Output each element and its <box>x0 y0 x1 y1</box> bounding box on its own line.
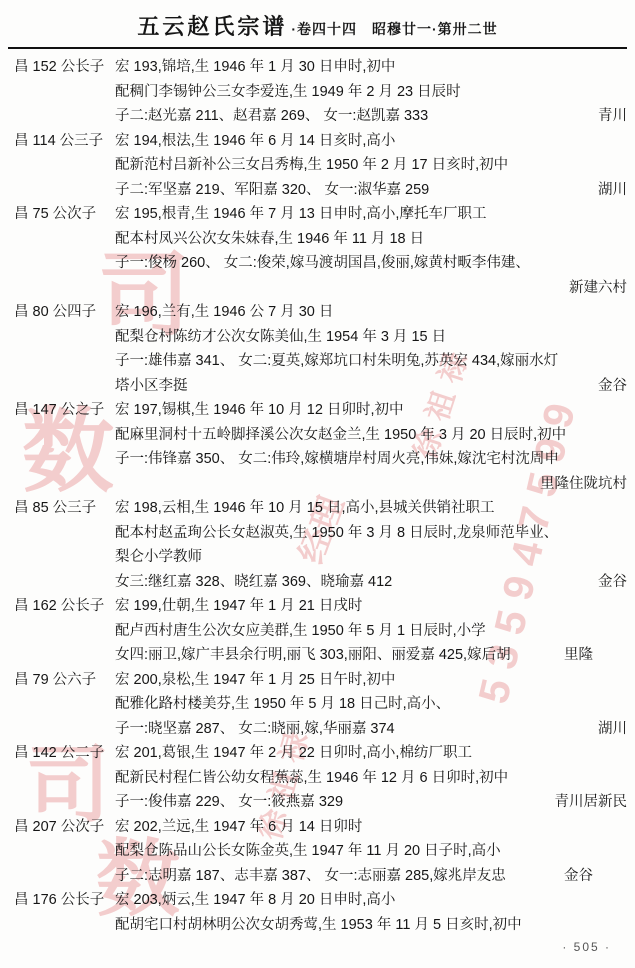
entry-line-text: 子一:俊伟嘉 229、 女一:筱燕嘉 329 <box>115 790 547 815</box>
entry-line: 子一:雄伟嘉 341、 女二:夏英,嫁郑坑口村朱明兔,苏英宏 434,嫁丽水灯 <box>115 349 627 374</box>
entry-label: 昌 75 公次子 <box>14 202 115 227</box>
entry-place: 里隆 <box>564 643 593 668</box>
entry-place: 青川居新民 <box>555 790 628 815</box>
entry-line-text: 配梨仓陈品山公长女陈金英,生 1947 年 11 月 20 日子时,高小 <box>115 839 627 864</box>
entry-line: 配卢西村唐生公次女应美群,生 1950 年 5 月 1 日辰时,小学 <box>115 619 627 644</box>
genealogy-entry: 昌 79 公六子宏 200,泉松,生 1947 年 1 月 25 日午时,初中配… <box>14 668 627 742</box>
entry-line: 子一:俊伟嘉 229、 女一:筱燕嘉 329青川居新民 <box>115 790 627 815</box>
entry-line-text: 宏 200,泉松,生 1947 年 1 月 25 日午时,初中 <box>115 668 627 693</box>
entry-label: 昌 80 公四子 <box>14 300 115 325</box>
entry-line: 配胡宅口村胡林明公次女胡秀莺,生 1953 年 11 月 5 日亥时,初中 <box>115 913 627 938</box>
entry-body: 宏 202,兰远,生 1947 年 6 月 14 日卯时配梨仓陈品山公长女陈金英… <box>115 815 627 889</box>
entry-line-text: 子二:志明嘉 187、志丰嘉 387、 女一:志丽嘉 285,嫁兆岸友忠 <box>115 864 556 889</box>
entry-line-text: 女三:继红嘉 328、晓红嘉 369、晓瑜嘉 412 <box>115 570 590 595</box>
entry-label: 昌 162 公长子 <box>14 594 115 619</box>
entry-line: 配雅化路村楼美芬,生 1950 年 5 月 18 日己时,高小、 <box>115 692 627 717</box>
genealogy-entry: 昌 207 公次子宏 202,兰远,生 1947 年 6 月 14 日卯时配梨仓… <box>14 815 627 889</box>
entry-line-text: 配稠门李锡钟公三女李爱连,生 1949 年 2 月 23 日辰时 <box>115 80 627 105</box>
entry-place: 里隆住陇坑村 <box>540 472 627 497</box>
entry-line-text: 子一:雄伟嘉 341、 女二:夏英,嫁郑坑口村朱明兔,苏英宏 434,嫁丽水灯 <box>115 349 627 374</box>
entry-line-text: 子二:赵光嘉 211、赵君嘉 269、 女一:赵凯嘉 333 <box>115 104 590 129</box>
genealogy-entry: 昌 152 公长子宏 193,锦培,生 1946 年 1 月 30 日申时,初中… <box>14 55 627 129</box>
entry-line: 宏 193,锦培,生 1946 年 1 月 30 日申时,初中 <box>115 55 627 80</box>
entry-line-text: 宏 201,葛银,生 1947 年 2 月 22 日卯时,高小,棉纺厂职工 <box>115 741 627 766</box>
entry-body: 宏 194,根法,生 1946 年 6 月 14 日亥时,高小配新范村吕新补公三… <box>115 129 627 203</box>
entry-line: 宏 199,仕朝,生 1947 年 1 月 21 日戌时 <box>115 594 627 619</box>
entry-line: 配本村赵孟珣公长女赵淑英,生 1950 年 3 月 8 日辰时,龙泉师范毕业、 <box>115 521 627 546</box>
entry-line-text: 配雅化路村楼美芬,生 1950 年 5 月 18 日己时,高小、 <box>115 692 627 717</box>
entry-line: 配麻里洞村十五岭脚择溪公次女赵金兰,生 1950 年 3 月 20 日辰时,初中 <box>115 423 627 448</box>
entry-label: 昌 147 公之子 <box>14 398 115 423</box>
genealogy-entry: 昌 80 公四子宏 196,兰有,生 1946 公 7 月 30 日配梨仓村陈纺… <box>14 300 627 398</box>
entry-line: 梨仑小学教师 <box>115 545 627 570</box>
entry-line: 宏 198,云相,生 1946 年 10 月 15 日,高小,县城关供销社职工 <box>115 496 627 521</box>
entry-place: 湖川 <box>598 178 627 203</box>
entry-label: 昌 152 公长子 <box>14 55 115 80</box>
page-title: 五云赵氏宗谱 <box>137 14 287 39</box>
entry-line-text: 宏 202,兰远,生 1947 年 6 月 14 日卯时 <box>115 815 627 840</box>
entry-line-text: 配新民村程仁皆公幼女程蕉蕊,生 1946 年 12 月 6 日卯时,初中 <box>115 766 627 791</box>
entry-line: 子二:军坚嘉 219、军阳嘉 320、 女一:淑华嘉 259湖川 <box>115 178 627 203</box>
entry-line-text: 女四:丽卫,嫁广丰县余行明,丽飞 303,丽阳、丽爱嘉 425,嫁后胡 <box>115 643 556 668</box>
entry-line: 女四:丽卫,嫁广丰县余行明,丽飞 303,丽阳、丽爱嘉 425,嫁后胡里隆 <box>115 643 627 668</box>
entry-line-text: 配胡宅口村胡林明公次女胡秀莺,生 1953 年 11 月 5 日亥时,初中 <box>115 913 627 938</box>
genealogy-entry: 昌 176 公长子宏 203,炳云,生 1947 年 8 月 20 日申时,高小… <box>14 888 627 937</box>
entry-label: 昌 114 公三子 <box>14 129 115 154</box>
entry-line: 配梨仓陈品山公长女陈金英,生 1947 年 11 月 20 日子时,高小 <box>115 839 627 864</box>
entry-label: 昌 79 公六子 <box>14 668 115 693</box>
page-header: 五云赵氏宗谱·卷四十四 昭穆廿一·第卅二世 <box>0 0 635 41</box>
entry-line-text: 宏 198,云相,生 1946 年 10 月 15 日,高小,县城关供销社职工 <box>115 496 627 521</box>
entry-line-text: 子一:晓坚嘉 287、 女二:晓丽,嫁,华丽嘉 374 <box>115 717 590 742</box>
entry-line: 子一:俊杨 260、 女二:俊荣,嫁马渡胡国昌,俊丽,嫁黄村畈李伟建、 <box>115 251 627 276</box>
genealogy-entry: 昌 147 公之子宏 197,锡棋,生 1946 年 10 月 12 日卯时,初… <box>14 398 627 496</box>
entry-line: 子一:晓坚嘉 287、 女二:晓丽,嫁,华丽嘉 374湖川 <box>115 717 627 742</box>
entry-body: 宏 198,云相,生 1946 年 10 月 15 日,高小,县城关供销社职工配… <box>115 496 627 594</box>
entry-line: 宏 195,根青,生 1946 年 7 月 13 日申时,高小,摩托车厂职工 <box>115 202 627 227</box>
entry-line-text: 子二:军坚嘉 219、军阳嘉 320、 女一:淑华嘉 259 <box>115 178 590 203</box>
entry-body: 宏 196,兰有,生 1946 公 7 月 30 日配梨仓村陈纺才公次女陈美仙,… <box>115 300 627 398</box>
genealogy-entry: 昌 85 公三子宏 198,云相,生 1946 年 10 月 15 日,高小,县… <box>14 496 627 594</box>
entry-line-text: 宏 193,锦培,生 1946 年 1 月 30 日申时,初中 <box>115 55 627 80</box>
entry-line-text: 配本村赵孟珣公长女赵淑英,生 1950 年 3 月 8 日辰时,龙泉师范毕业、 <box>115 521 627 546</box>
entry-label: 昌 207 公次子 <box>14 815 115 840</box>
entry-line-text: 宏 199,仕朝,生 1947 年 1 月 21 日戌时 <box>115 594 627 619</box>
entry-line-text: 配本村凤兴公次女朱妹春,生 1946 年 11 月 18 日 <box>115 227 627 252</box>
entry-place: 湖川 <box>598 717 627 742</box>
entry-body: 宏 200,泉松,生 1947 年 1 月 25 日午时,初中配雅化路村楼美芬,… <box>115 668 627 742</box>
entry-line-text: 子一:伟锋嘉 350、 女二:伟玲,嫁横塘岸村周火亮,伟妹,嫁沈宅村沈周申 <box>115 447 627 472</box>
entry-line-text: 子一:俊杨 260、 女二:俊荣,嫁马渡胡国昌,俊丽,嫁黄村畈李伟建、 <box>115 251 627 276</box>
entry-label: 昌 176 公长子 <box>14 888 115 913</box>
page-subtitle: ·卷四十四 昭穆廿一·第卅二世 <box>291 21 497 37</box>
entry-line: 配本村凤兴公次女朱妹春,生 1946 年 11 月 18 日 <box>115 227 627 252</box>
entry-line: 子二:志明嘉 187、志丰嘉 387、 女一:志丽嘉 285,嫁兆岸友忠金谷 <box>115 864 627 889</box>
entry-place: 新建六村 <box>569 276 627 301</box>
genealogy-entry: 昌 75 公次子宏 195,根青,生 1946 年 7 月 13 日申时,高小,… <box>14 202 627 300</box>
page-number: · 505 · <box>562 940 611 954</box>
entry-body: 宏 197,锡棋,生 1946 年 10 月 12 日卯时,初中配麻里洞村十五岭… <box>115 398 627 496</box>
entry-line-text: 配梨仓村陈纺才公次女陈美仙,生 1954 年 3 月 15 日 <box>115 325 627 350</box>
entry-line-text: 宏 196,兰有,生 1946 公 7 月 30 日 <box>115 300 627 325</box>
entry-line: 宏 196,兰有,生 1946 公 7 月 30 日 <box>115 300 627 325</box>
entry-label: 昌 85 公三子 <box>14 496 115 521</box>
entry-line: 宏 194,根法,生 1946 年 6 月 14 日亥时,高小 <box>115 129 627 154</box>
entry-label: 昌 142 公二子 <box>14 741 115 766</box>
entry-line: 宏 202,兰远,生 1947 年 6 月 14 日卯时 <box>115 815 627 840</box>
entry-line-text: 配麻里洞村十五岭脚择溪公次女赵金兰,生 1950 年 3 月 20 日辰时,初中 <box>115 423 627 448</box>
entry-place: 金谷 <box>598 374 627 399</box>
entry-line-text: 塔小区李挺 <box>115 374 590 399</box>
genealogy-page: 司数经理徐祖禄535947599徐祖禄司数 五云赵氏宗谱·卷四十四 昭穆廿一·第… <box>0 0 635 968</box>
entry-line: 配新范村吕新补公三女吕秀梅,生 1950 年 2 月 17 日亥时,初中 <box>115 153 627 178</box>
entry-body: 宏 201,葛银,生 1947 年 2 月 22 日卯时,高小,棉纺厂职工配新民… <box>115 741 627 815</box>
genealogy-entry: 昌 114 公三子宏 194,根法,生 1946 年 6 月 14 日亥时,高小… <box>14 129 627 203</box>
entry-line: 里隆住陇坑村 <box>115 472 627 497</box>
entry-line-text: 梨仑小学教师 <box>115 545 627 570</box>
entry-line-text: 宏 195,根青,生 1946 年 7 月 13 日申时,高小,摩托车厂职工 <box>115 202 627 227</box>
entry-line: 配梨仓村陈纺才公次女陈美仙,生 1954 年 3 月 15 日 <box>115 325 627 350</box>
entries-container: 昌 152 公长子宏 193,锦培,生 1946 年 1 月 30 日申时,初中… <box>0 49 635 937</box>
entry-line: 子一:伟锋嘉 350、 女二:伟玲,嫁横塘岸村周火亮,伟妹,嫁沈宅村沈周申 <box>115 447 627 472</box>
entry-line-text: 配卢西村唐生公次女应美群,生 1950 年 5 月 1 日辰时,小学 <box>115 619 627 644</box>
entry-line: 宏 203,炳云,生 1947 年 8 月 20 日申时,高小 <box>115 888 627 913</box>
entry-line: 子二:赵光嘉 211、赵君嘉 269、 女一:赵凯嘉 333青川 <box>115 104 627 129</box>
entry-line-text: 宏 203,炳云,生 1947 年 8 月 20 日申时,高小 <box>115 888 627 913</box>
entry-place: 金谷 <box>598 570 627 595</box>
genealogy-entry: 昌 142 公二子宏 201,葛银,生 1947 年 2 月 22 日卯时,高小… <box>14 741 627 815</box>
entry-place: 青川 <box>598 104 627 129</box>
entry-line: 新建六村 <box>115 276 627 301</box>
entry-body: 宏 203,炳云,生 1947 年 8 月 20 日申时,高小配胡宅口村胡林明公… <box>115 888 627 937</box>
entry-line-text: 宏 194,根法,生 1946 年 6 月 14 日亥时,高小 <box>115 129 627 154</box>
entry-line-text: 配新范村吕新补公三女吕秀梅,生 1950 年 2 月 17 日亥时,初中 <box>115 153 627 178</box>
entry-line: 宏 200,泉松,生 1947 年 1 月 25 日午时,初中 <box>115 668 627 693</box>
genealogy-entry: 昌 162 公长子宏 199,仕朝,生 1947 年 1 月 21 日戌时配卢西… <box>14 594 627 668</box>
entry-place: 金谷 <box>564 864 593 889</box>
entry-body: 宏 193,锦培,生 1946 年 1 月 30 日申时,初中配稠门李锡钟公三女… <box>115 55 627 129</box>
entry-body: 宏 195,根青,生 1946 年 7 月 13 日申时,高小,摩托车厂职工配本… <box>115 202 627 300</box>
entry-line: 宏 201,葛银,生 1947 年 2 月 22 日卯时,高小,棉纺厂职工 <box>115 741 627 766</box>
entry-line: 配稠门李锡钟公三女李爱连,生 1949 年 2 月 23 日辰时 <box>115 80 627 105</box>
entry-line: 女三:继红嘉 328、晓红嘉 369、晓瑜嘉 412金谷 <box>115 570 627 595</box>
entry-line: 宏 197,锡棋,生 1946 年 10 月 12 日卯时,初中 <box>115 398 627 423</box>
entry-line: 配新民村程仁皆公幼女程蕉蕊,生 1946 年 12 月 6 日卯时,初中 <box>115 766 627 791</box>
entry-body: 宏 199,仕朝,生 1947 年 1 月 21 日戌时配卢西村唐生公次女应美群… <box>115 594 627 668</box>
entry-line-text: 宏 197,锡棋,生 1946 年 10 月 12 日卯时,初中 <box>115 398 627 423</box>
entry-line: 塔小区李挺金谷 <box>115 374 627 399</box>
